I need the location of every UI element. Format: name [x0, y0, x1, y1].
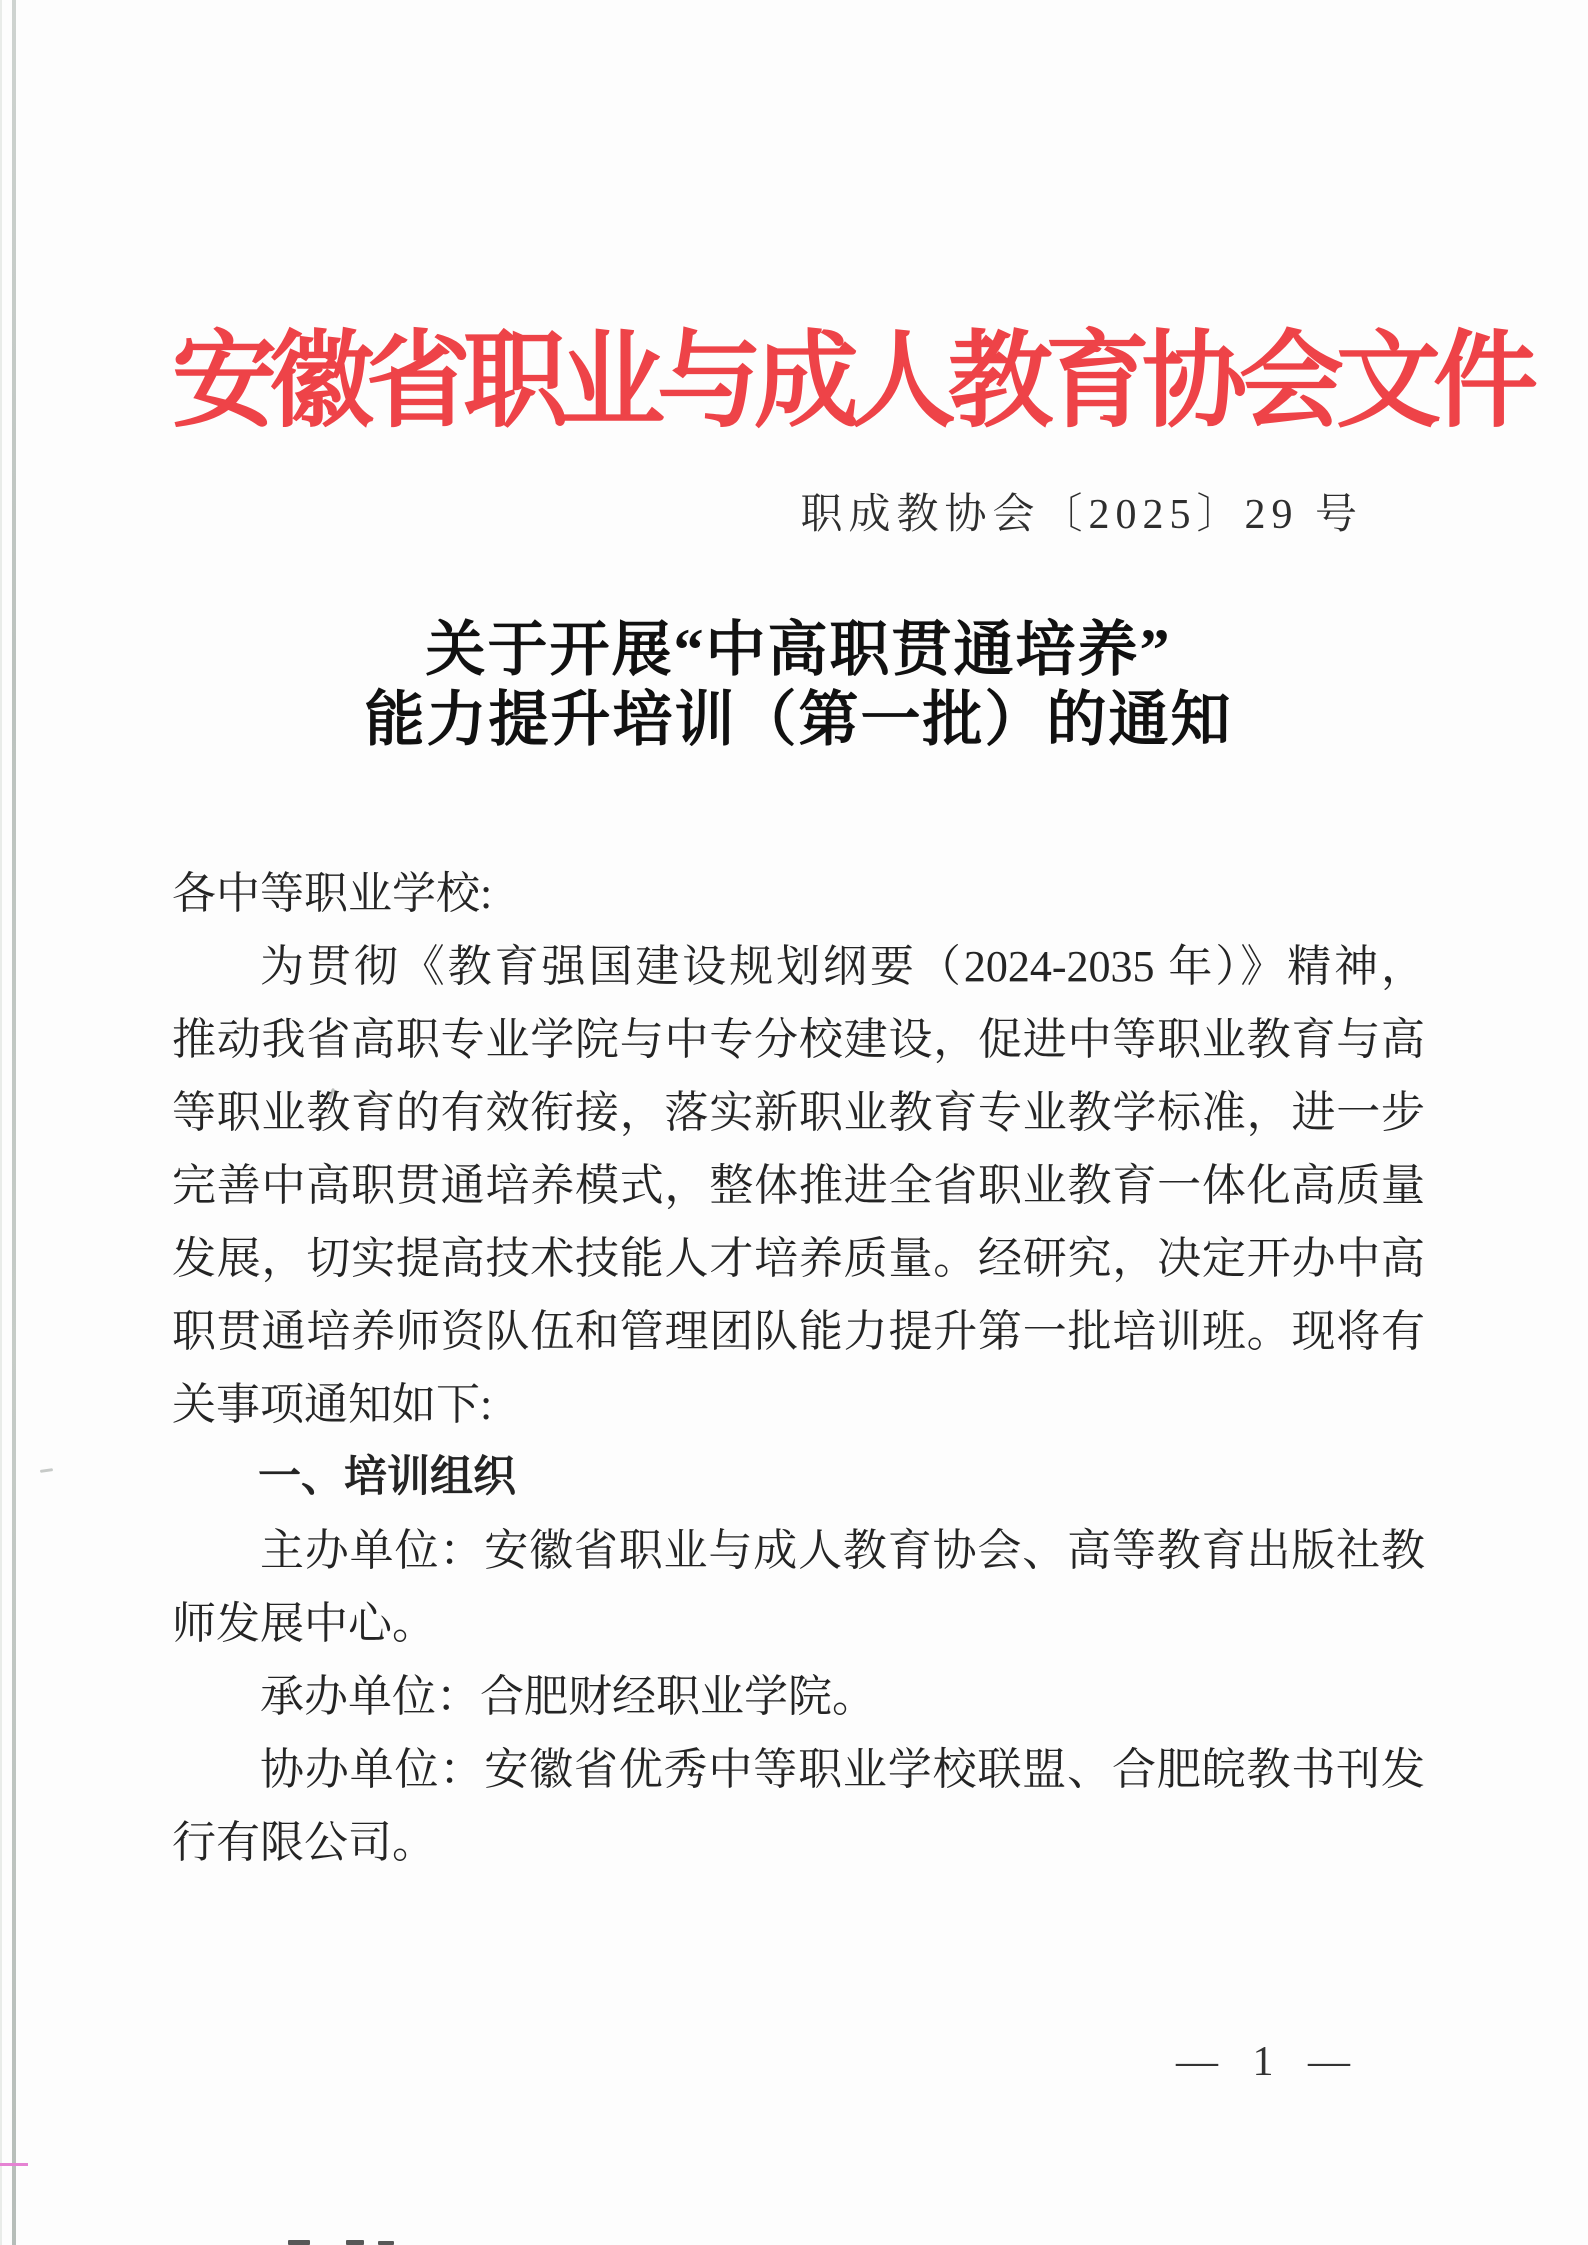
scanned-document-page: 安徽省职业与成人教育协会文件 职成教协会〔2025〕29 号 关于开展“中高职贯…	[0, 0, 1588, 2245]
body-line: 主办单位：安徽省职业与成人教育协会、高等教育出版社教	[172, 1514, 1425, 1587]
body-line: 关事项通知如下:	[172, 1368, 1425, 1441]
scan-pink-mark	[0, 2163, 28, 2166]
page-number: — 1 —	[1176, 2038, 1352, 2086]
body-line: 协办单位：安徽省优秀中等职业学校联盟、合肥皖教书刊发	[172, 1733, 1425, 1806]
red-letterhead-title: 安徽省职业与成人教育协会文件	[172, 318, 1425, 446]
notice-title: 关于开展“中高职贯通培养” 能力提升培训（第一批）的通知	[172, 615, 1425, 755]
body-line: 承办单位：合肥财经职业学院。	[172, 1660, 1425, 1733]
scan-margin-tick	[40, 1468, 53, 1473]
body-line: 职贯通培养师资队伍和管理团队能力提升第一批培训班。现将有	[172, 1295, 1425, 1368]
document-content: 安徽省职业与成人教育协会文件 职成教协会〔2025〕29 号 关于开展“中高职贯…	[172, 0, 1425, 1879]
body-line: 行有限公司。	[172, 1806, 1425, 1879]
scan-bottom-smudge	[346, 2240, 364, 2245]
body-line: 发展，切实提高技术技能人才培养质量。经研究，决定开办中高	[172, 1222, 1425, 1295]
scan-bottom-smudge	[378, 2241, 394, 2245]
notice-title-line-1: 关于开展“中高职贯通培养”	[172, 615, 1425, 685]
body-line: 为贯彻《教育强国建设规划纲要（2024-2035 年）》精神，	[172, 930, 1425, 1003]
body-line: 一、培训组织	[172, 1441, 1425, 1514]
body-line: 师发展中心。	[172, 1587, 1425, 1660]
scan-bottom-smudge	[288, 2240, 310, 2245]
body-line: 各中等职业学校:	[172, 857, 1425, 930]
document-number: 职成教协会〔2025〕29 号	[172, 488, 1425, 543]
body-line: 完善中高职贯通培养模式，整体推进全省职业教育一体化高质量	[172, 1149, 1425, 1222]
document-body: 各中等职业学校:为贯彻《教育强国建设规划纲要（2024-2035 年）》精神，推…	[172, 857, 1425, 1879]
scan-edge-shadow	[0, 0, 2, 2245]
body-line: 推动我省高职专业学院与中专分校建设，促进中等职业教育与高	[172, 1003, 1425, 1076]
scan-edge-line	[12, 0, 16, 2245]
notice-title-line-2: 能力提升培训（第一批）的通知	[172, 685, 1425, 755]
body-line: 等职业教育的有效衔接，落实新职业教育专业教学标准，进一步	[172, 1076, 1425, 1149]
